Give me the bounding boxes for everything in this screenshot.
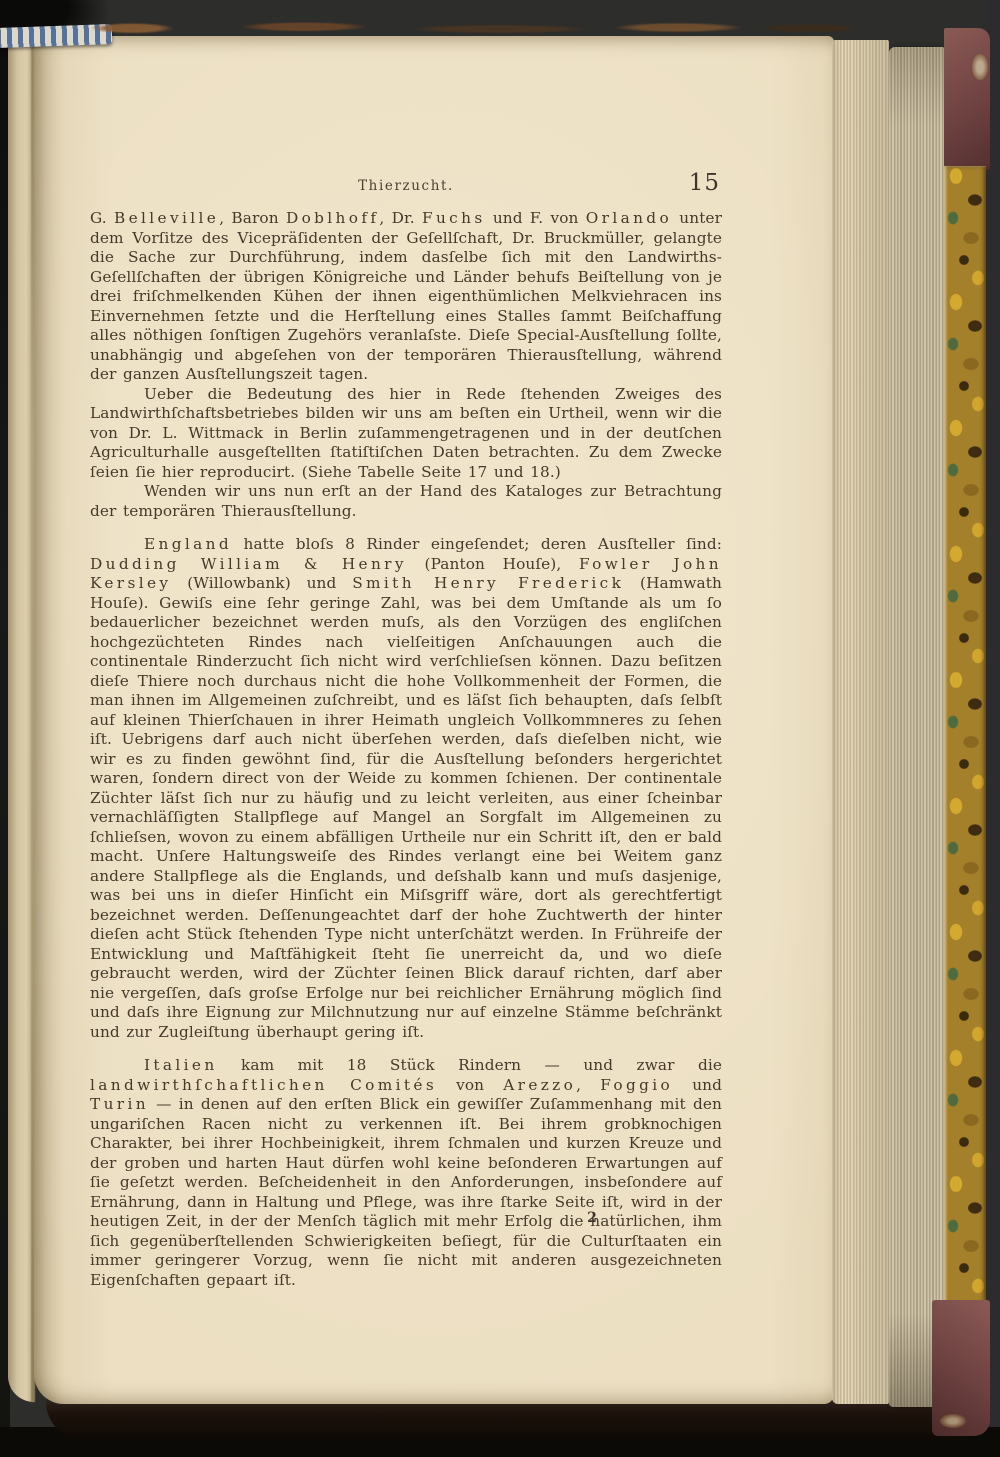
letterspaced-name: Belleville [114, 209, 219, 227]
page-number: 15 [689, 170, 720, 196]
text-run: , Dr. [379, 209, 422, 227]
text-run: hatte bloſs 8 Rinder eingeſendet; deren … [232, 535, 722, 553]
running-title: Thierzucht. [90, 178, 722, 194]
text-run: (Panton Houſe), [407, 555, 579, 573]
book-bottom-cover [46, 1398, 970, 1440]
paragraph: Wenden wir uns nun erſt an der Hand des … [90, 482, 722, 521]
text-run: Ueber die Bedeutung des hier in Rede ſte… [90, 385, 722, 481]
page-text: G. Belleville, Baron Doblhoff, Dr. Fuchs… [90, 209, 722, 1290]
scanned-book-photo: Thierzucht. 15 G. Belleville, Baron Dobl… [0, 0, 1000, 1457]
page-edges-outer-stack [889, 47, 946, 1407]
text-run: unter dem Vorſitze des Vicepräſidenten d… [90, 209, 722, 383]
text-run: , Baron [219, 209, 286, 227]
text-run: (Hamwath Houſe). Gewiſs eine ſehr gering… [90, 574, 722, 1041]
text-run: — in denen auf den erſten Blick ein gewi… [90, 1095, 722, 1289]
letterspaced-name: Foggio [600, 1076, 673, 1094]
letterspaced-name: Orlando [586, 209, 672, 227]
letterspaced-name: landwirthſchaftlichen Comités [90, 1076, 437, 1094]
paragraph: G. Belleville, Baron Doblhoff, Dr. Fuchs… [90, 209, 722, 385]
text-run: G. [90, 209, 114, 227]
letterspaced-name: Dudding William & Henry [90, 555, 407, 573]
signature-mark: 2 [580, 1210, 604, 1226]
text-run: , [576, 1076, 600, 1094]
text-run: und F. von [486, 209, 586, 227]
letterspaced-name: Fuchs [422, 209, 486, 227]
letterspaced-name: Smith Henry Frederick [352, 574, 624, 592]
paragraph: Italien kam mit 18 Stück Rindern — und z… [90, 1056, 722, 1290]
letterspaced-name: England [144, 535, 232, 553]
marbled-cover-edge [944, 166, 986, 1304]
text-run: kam mit 18 Stück Rindern — und zwar die [218, 1056, 722, 1074]
paragraph: England hatte bloſs 8 Rinder eingeſendet… [90, 535, 722, 1042]
text-run: von [437, 1076, 503, 1094]
page-edges-inner-stack [832, 40, 889, 1404]
scan-background-right-edge [986, 0, 1000, 1457]
paragraph: Ueber die Bedeutung des hier in Rede ſte… [90, 385, 722, 483]
letterspaced-name: Doblhoff [286, 209, 379, 227]
letterspaced-name: Turin [90, 1095, 149, 1113]
page-header: Thierzucht. 15 [90, 174, 722, 204]
text-run: und [673, 1076, 722, 1094]
leather-corner-bottom [932, 1300, 990, 1436]
letterspaced-name: Italien [144, 1056, 218, 1074]
letterspaced-name: Arezzo [503, 1076, 576, 1094]
leather-corner-top [944, 28, 990, 170]
text-run: Wenden wir uns nun erſt an der Hand des … [90, 482, 722, 520]
text-run: (Willowbank) und [171, 574, 352, 592]
spine-wear [70, 20, 850, 35]
